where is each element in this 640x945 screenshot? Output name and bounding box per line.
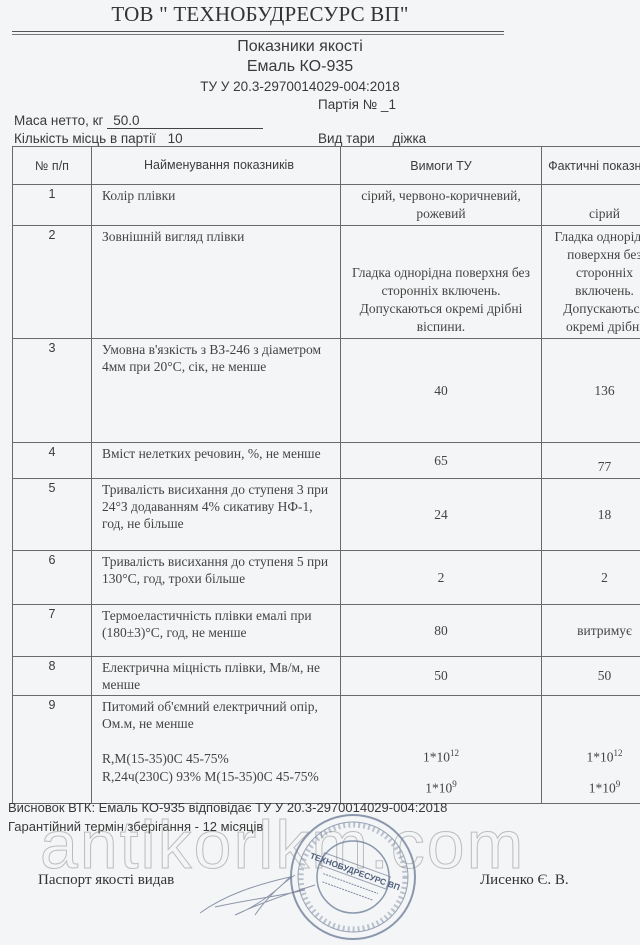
tare-type-field: Вид тари діжка	[318, 131, 473, 147]
requirement-value: 24	[341, 479, 542, 551]
standard-code: ТУ У 20.3-2970014029-004:2018	[0, 79, 600, 94]
header-rule	[12, 31, 504, 32]
table-row: 7 Термоеластичність плівки емалі при (18…	[13, 605, 640, 657]
batch-number: Партія № _1	[318, 97, 396, 112]
table-row: 3 Умовна в'язкість з ВЗ-246 з діаметром …	[13, 339, 640, 443]
indicator-name: Термоеластичність плівки емалі при (180±…	[92, 605, 341, 657]
indicator-conditions: R,M(15-35)0C 45-75% R,24ч(230С) 93% M(15…	[102, 750, 336, 786]
net-mass-field: Маса нетто, кг 50.0	[14, 113, 263, 129]
actual-value: 1*1012 1*109	[542, 696, 640, 804]
column-header-name: Найменування показників	[92, 147, 341, 185]
requirement-value: Гладка однорідна поверхня без сторонніх …	[341, 226, 542, 339]
places-count-value: 10	[162, 132, 228, 147]
indicator-title: Питомий об'ємний електричний опір, Ом.м,…	[102, 698, 336, 732]
column-header-requirement: Вимоги ТУ	[341, 147, 542, 185]
tare-type-value: діжка	[379, 132, 473, 147]
document-title: Показники якості	[0, 38, 600, 56]
net-mass-value: 50.0	[107, 114, 263, 129]
requirement-value: сірий, червоно-коричневий, рожевий	[341, 185, 542, 226]
table-row: 5 Тривалість висихання до ступеня 3 при …	[13, 479, 640, 551]
quality-indicators-table: № п/п Найменування показників Вимоги ТУ …	[12, 146, 640, 804]
table-row: 6 Тривалість висихання до ступеня 5 при …	[13, 551, 640, 605]
row-number: 3	[13, 339, 92, 443]
power-value: 1*109	[546, 771, 640, 802]
condition-line: R,M(15-35)0C 45-75%	[102, 750, 336, 768]
table-header-row: № п/п Найменування показників Вимоги ТУ …	[13, 147, 640, 185]
places-count-label: Кількість місць в партії	[14, 131, 156, 146]
indicator-name: Колір плівки	[92, 185, 341, 226]
column-header-actual: Фактичні показники	[542, 147, 640, 185]
actual-value: 136	[542, 339, 640, 443]
indicator-name: Тривалість висихання до ступеня 3 при 24…	[92, 479, 341, 551]
row-number: 9	[13, 696, 92, 804]
places-count-field: Кількість місць в партії 10	[14, 131, 228, 147]
actual-value: 77	[542, 443, 640, 479]
indicator-name: Тривалість висихання до ступеня 5 при 13…	[92, 551, 341, 605]
tare-type-label: Вид тари	[318, 131, 375, 146]
row-number: 5	[13, 479, 92, 551]
indicator-name: Вміст нелетких речовин, %, не менше	[92, 443, 341, 479]
power-value: 1*1012	[345, 740, 537, 771]
row-number: 6	[13, 551, 92, 605]
actual-value: 18	[542, 479, 640, 551]
table-row: 1 Колір плівки сірий, червоно-коричневий…	[13, 185, 640, 226]
net-mass-label: Маса нетто, кг	[14, 113, 103, 128]
actual-value: витримує	[542, 605, 640, 657]
batch-label: Партія №	[318, 97, 377, 112]
requirement-value: 2	[341, 551, 542, 605]
requirement-value: 50	[341, 657, 542, 696]
actual-value: 50	[542, 657, 640, 696]
actual-value: сірий	[542, 185, 640, 226]
issued-by-label: Паспорт якості видав	[38, 872, 174, 889]
actual-value: Гладка однорідна поверхня без сторонніх …	[542, 226, 640, 339]
table-row: 9 Питомий об'ємний електричний опір, Ом.…	[13, 696, 640, 804]
power-value: 1*109	[345, 771, 537, 802]
row-number: 2	[13, 226, 92, 339]
table-row: 4 Вміст нелетких речовин, %, не менше 65…	[13, 443, 640, 479]
company-name: ТОВ " ТЕХНОБУДРЕСУРС ВП"	[10, 2, 510, 27]
row-number: 1	[13, 185, 92, 226]
product-name: Емаль КО-935	[0, 58, 600, 76]
header-rule-secondary	[12, 34, 504, 35]
signer-name: Лисенко Є. В.	[480, 872, 569, 889]
condition-line: R,24ч(230С) 93% M(15-35)0C 45-75%	[102, 768, 336, 786]
row-number: 7	[13, 605, 92, 657]
indicator-name: Електрична міцність плівки, Мв/м, не мен…	[92, 657, 341, 696]
requirement-value: 1*1012 1*109	[341, 696, 542, 804]
row-number: 4	[13, 443, 92, 479]
power-value: 1*1012	[546, 740, 640, 771]
table-row: 2 Зовнішній вигляд плівки Гладка однорід…	[13, 226, 640, 339]
batch-value: _1	[381, 97, 396, 112]
indicator-name: Питомий об'ємний електричний опір, Ом.м,…	[92, 696, 341, 804]
column-header-number: № п/п	[13, 147, 92, 185]
table-row: 8 Електрична міцність плівки, Мв/м, не м…	[13, 657, 640, 696]
requirement-value: 40	[341, 339, 542, 443]
indicator-name: Умовна в'язкість з ВЗ-246 з діаметром 4м…	[92, 339, 341, 443]
requirement-value: 80	[341, 605, 542, 657]
indicator-name: Зовнішній вигляд плівки	[92, 226, 341, 339]
row-number: 8	[13, 657, 92, 696]
quality-certificate: ТОВ " ТЕХНОБУДРЕСУРС ВП" Показники якост…	[0, 0, 640, 945]
actual-value: 2	[542, 551, 640, 605]
signature-icon	[195, 855, 345, 925]
requirement-value: 65	[341, 443, 542, 479]
